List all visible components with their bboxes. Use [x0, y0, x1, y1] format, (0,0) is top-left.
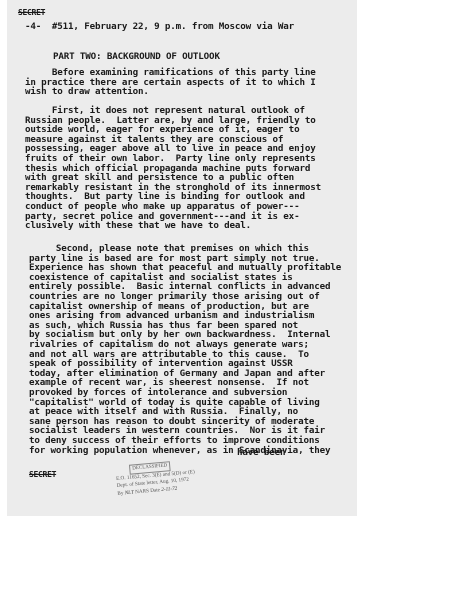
telegram-header: -4- #511, February 22, 9 p.m. from Mosco… [25, 22, 294, 32]
classification-top: SECRET [18, 8, 45, 18]
text-line: wish to draw attention. [25, 87, 149, 97]
text-line: clusively with these that we have to dea… [25, 221, 251, 231]
continuation-text: have been [237, 448, 285, 458]
section-title: PART TWO: BACKGROUND OF OUTLOOK [53, 52, 220, 62]
declassification-stamp: DECLASSIFIED E.O. 11652, Sec. 3(E) and 5… [115, 456, 227, 497]
classification-bottom: SECRET [29, 470, 56, 480]
document-page: SECRET -4- #511, February 22, 9 p.m. fro… [7, 0, 357, 516]
initials-signature: NLT [124, 489, 134, 496]
stamp-date: 2-11-72 [161, 485, 178, 492]
